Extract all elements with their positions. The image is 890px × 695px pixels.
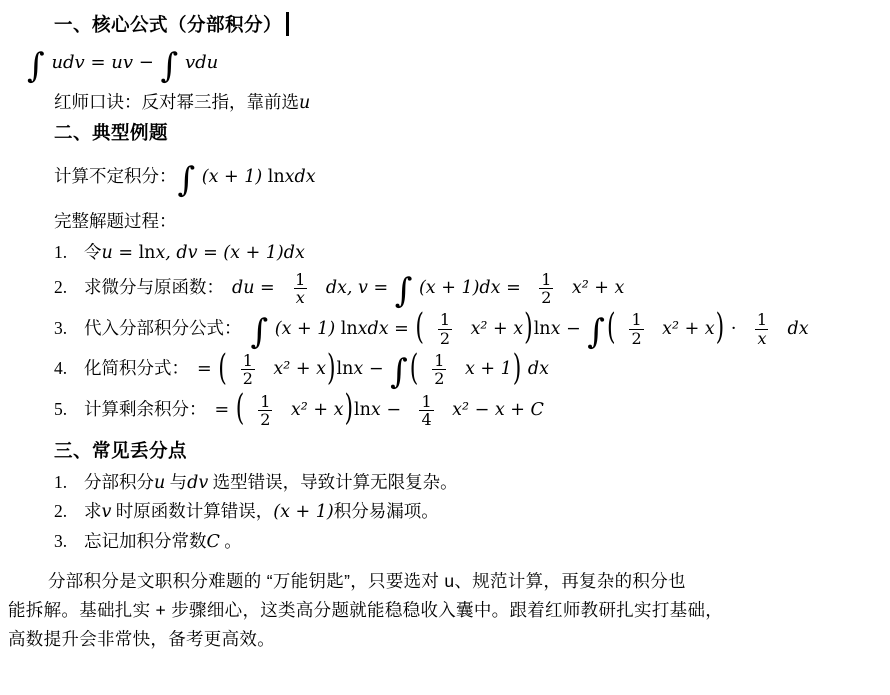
math-token: (x + 1) [269,319,341,339]
mnemonic-line: 红师口诀：反对幂三指，靠前选u [54,90,850,116]
fraction-denominator: 4 [419,410,433,428]
fraction-numerator: 1 [231,352,265,369]
mistake-number: 3. [54,529,84,554]
mistake-text: 求 [84,501,102,521]
mistake-number: 2. [54,499,84,524]
section-heading-1: 一、核心公式（分部积分） [54,10,850,40]
integral-sign: ∫ [586,312,606,352]
fraction-denominator: x [294,288,307,306]
fraction-denominator: 2 [432,369,446,387]
integral-sign: ∫ [160,46,180,86]
step-label: 代入分部积分公式： [84,318,242,338]
formula-example: ∫ (x + 1) lnxdx [177,167,316,187]
fraction-denominator: 2 [629,329,643,347]
step-formula: du = 1x dx, v = ∫ (x + 1)dx = 12 x² + x [232,278,624,298]
section-heading-2: 二、典型例题 [54,122,850,148]
math-token: xdx = [358,319,415,339]
fraction-denominator: 2 [258,410,272,428]
fraction-numerator: 1 [529,271,563,288]
mistake-text: 选型错误，导致计算无限复杂。 [208,472,457,492]
step-row: 1.令u = lnx, dv = (x + 1)dx [54,240,850,266]
mistake-text: 分部积分 [84,472,154,492]
closing-line: 分部积分是文职积分难题的 “万能钥匙”，只要选对 u、规范计算，再复杂的积分也 [8,567,854,596]
math-token: x² + x [657,319,715,339]
step-row: 2.求微分与原函数：du = 1x dx, v = ∫ (x + 1)dx = … [54,271,850,307]
math-token: v [102,502,112,522]
fraction-numerator: 1 [248,393,282,410]
process-label-text: 完整解题过程： [54,211,177,231]
process-label: 完整解题过程： [54,209,850,234]
closing-line: 能拆解。基础扎实 + 步骤细心，这类高分题就能稳稳收入囊中。跟着红师教研扎实打基… [8,596,854,625]
step-label: 计算剩余积分： [84,399,207,419]
math-token: x − [353,359,389,379]
mistake-row: 1.分部积分u 与dv 选型错误，导致计算无限复杂。 [54,470,850,496]
left-paren: ( [235,392,246,428]
mistake-text: 积分易漏项。 [334,501,439,521]
heading-3-text: 三、常见丢分点 [54,442,187,462]
mistake-text: 与 [165,472,187,492]
right-paren: ) [343,392,354,428]
math-token: ln [354,400,371,420]
math-token: = [215,400,235,420]
step-row: 5.计算剩余积分：= (12 x² + x)lnx − 14 x² − x + … [54,393,850,429]
math-token: u [154,473,165,493]
step-label: 令 [84,242,102,262]
math-token: ln [268,167,285,187]
fraction: 14 [410,393,444,429]
math-token: (x + 1) [273,502,333,522]
formula-integration-by-parts: ∫ udv = uv − ∫ vdu [26,42,850,84]
example-label: 计算不定积分： [54,166,177,186]
integral-sign: ∫ [394,271,414,311]
math-token: dv [187,473,208,493]
fraction: 12 [620,311,654,347]
mistake-number: 1. [54,470,84,495]
right-paren: ) [523,311,534,347]
fraction: 12 [529,271,563,307]
math-token: x² − x + C [447,400,544,420]
math-token: ln [337,359,354,379]
math-token: ln [139,243,156,263]
math-token: du = [232,278,280,298]
math-token: C [207,532,220,552]
fraction-numerator: 1 [410,393,444,410]
document-content: 一、核心公式（分部积分） ∫ udv = uv − ∫ vdu 红师口诀：反对幂… [0,0,890,555]
mistake-text: 。 [220,531,242,551]
heading-1-text: 一、核心公式（分部积分） [54,16,282,36]
integral-sign: ∫ [250,312,270,352]
right-paren: ) [715,311,726,347]
heading-2-text: 二、典型例题 [54,124,168,144]
text-caret [286,12,289,36]
math-token: (x + 1) [196,167,268,187]
left-paren: ( [217,352,228,388]
math-token: u = [102,243,139,263]
fraction-numerator: 1 [620,311,654,328]
section-heading-3: 三、常见丢分点 [54,440,850,466]
math-token: dx [522,359,549,379]
document-canvas[interactable]: 一、核心公式（分部积分） ∫ udv = uv − ∫ vdu 红师口诀：反对幂… [0,0,890,695]
mistake-row: 2.求v 时原函数计算错误，(x + 1)积分易漏项。 [54,499,850,525]
step-number: 2. [54,275,84,300]
fraction-denominator: 2 [438,329,452,347]
fraction: 12 [422,352,456,388]
mistake-row: 3.忘记加积分常数C 。 [54,529,850,555]
math-token: x + 1 [459,359,511,379]
closing-paragraph: 分部积分是文职积分难题的 “万能钥匙”，只要选对 u、规范计算，再复杂的积分也 … [8,567,854,654]
step-formula: = (12 x² + x)lnx − ∫(12 x + 1) dx [197,359,549,379]
right-paren: ) [326,352,337,388]
fraction-numerator: 1 [422,352,456,369]
multiplication-dot: · [725,319,742,339]
step-number: 4. [54,356,84,381]
step-formula: ∫ (x + 1) lnxdx = (12 x² + x)lnx − ∫(12 … [250,319,809,339]
mistake-text: 忘记加积分常数 [84,531,207,551]
closing-line: 高数提升会非常快，备考更高效。 [8,625,854,654]
math-token: x² + x [465,319,523,339]
fraction-denominator: 2 [241,369,255,387]
fraction: 12 [248,393,282,429]
right-paren: ) [512,352,523,388]
math-token: x² + x [268,359,326,379]
math-token: u [299,93,310,113]
step-row: 3.代入分部积分公式：∫ (x + 1) lnxdx = (12 x² + x)… [54,311,850,347]
math-token: udv = uv − [46,52,160,73]
fraction: 1x [745,311,779,347]
integral-sign: ∫ [389,352,409,392]
math-token: x − [371,400,407,420]
left-paren: ( [606,311,617,347]
left-paren: ( [409,352,420,388]
math-token: ln [534,319,551,339]
math-token: xdx [285,167,316,187]
math-token: x, dv = (x + 1)dx [155,243,304,263]
fraction: 12 [231,352,265,388]
step-formula: u = lnx, dv = (x + 1)dx [102,243,305,263]
step-label: 求微分与原函数： [84,277,224,297]
fraction: 12 [428,311,462,347]
step-number: 3. [54,316,84,341]
step-label: 化简积分式： [84,358,189,378]
step-row: 4.化简积分式：= (12 x² + x)lnx − ∫(12 x + 1) d… [54,352,850,388]
math-token: vdu [179,52,218,73]
fraction-denominator: x [755,329,768,347]
left-paren: ( [414,311,425,347]
integral-sign: ∫ [177,160,197,200]
example-line: 计算不定积分：∫ (x + 1) lnxdx [54,152,850,201]
math-token: x² + x [566,278,624,298]
fraction-numerator: 1 [428,311,462,328]
step-formula: = (12 x² + x)lnx − 14 x² − x + C [215,400,544,420]
math-token: ln [341,319,358,339]
math-token: dx, v = [320,278,393,298]
math-token: (x + 1)dx = [413,278,526,298]
fraction-numerator: 1 [745,311,779,328]
math-token: x² + x [285,400,343,420]
mnemonic-text: 红师口诀：反对幂三指，靠前选 [54,92,299,112]
math-token: x − [551,319,587,339]
fraction-denominator: 2 [539,288,553,306]
math-token: dx [782,319,809,339]
fraction: 1x [283,271,317,307]
integral-sign: ∫ [26,46,46,86]
math-token: = [197,359,217,379]
fraction-numerator: 1 [283,271,317,288]
mistake-text: 时原函数计算错误， [111,501,273,521]
step-number: 1. [54,240,84,265]
step-number: 5. [54,397,84,422]
